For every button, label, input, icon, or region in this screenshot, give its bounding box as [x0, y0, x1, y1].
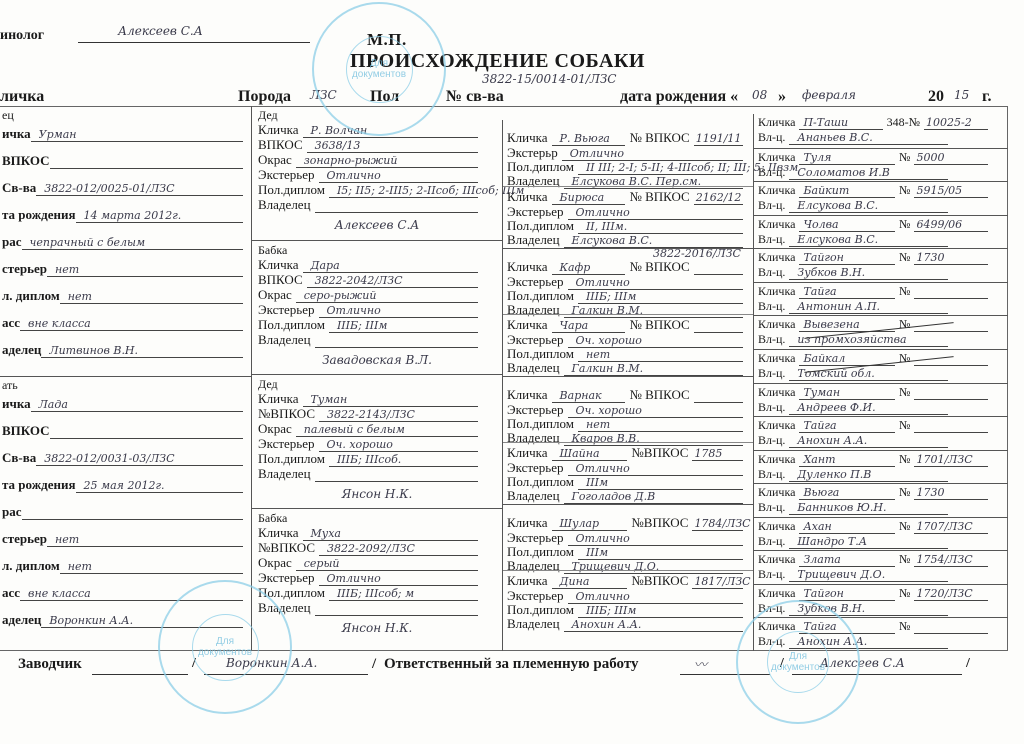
ancestor-owner-label: Вл-ц.: [758, 400, 785, 415]
father-field-value-line: чепрачный с белым: [22, 235, 244, 250]
father-field-value: Литвинов В.Н.: [49, 344, 138, 357]
father-field-value: 3822-012/0025-01/ЛЗС: [44, 182, 174, 195]
ancestor-block: Кличка Тайга № Вл-ц. Антонин А.П.: [754, 282, 1008, 317]
father-field-value-line: Литвинов В.Н.: [41, 343, 243, 358]
grandparent-field-value-line: Отлично: [319, 303, 479, 318]
great-grandparent-block: Кличка Бирюса № ВПКОС 2162/12 Экстерьер …: [503, 186, 753, 249]
mother-field-value: нет: [68, 560, 92, 573]
grandparent-field-value: Муха: [311, 527, 341, 540]
ancestor-name-label: Кличка: [758, 519, 795, 534]
ancestor-number-label: №: [899, 418, 910, 433]
ancestor-name-label: Кличка: [758, 418, 795, 433]
grandparent-field-value-line: [315, 601, 478, 616]
great-grandparent-field-value: Гоголадов Д.В: [572, 490, 656, 503]
ancestor-owner: Шандро Т.А: [797, 535, 867, 548]
father-field-value-line: [50, 154, 243, 169]
grandparent-field-row: №ВПКОС 3822-2092/ЛЗС: [258, 540, 478, 556]
grandparent-field-value: серый: [304, 557, 340, 570]
cert-label: № св-ва: [446, 88, 504, 106]
grandparents-column: Дед Кличка Р. Волчан ВПКОС 3638/13 Окрас…: [252, 106, 502, 651]
mother-field-label: л. диплом: [2, 558, 60, 574]
grandparent-field-row: Владелец: [258, 600, 478, 616]
ancestor-owner-label: Вл-ц.: [758, 198, 785, 213]
great-grandparents-column: Кличка Р. Вьюга № ВПКОС 1191/11 Экстерьр…: [503, 120, 753, 651]
ancestor-number-label: №: [899, 351, 910, 366]
great-grandparent-name-row: Кличка Дина №ВПКОС 1817/ЛЗС: [507, 573, 743, 589]
father-field-row: асс вне класса: [2, 315, 243, 331]
mother-field-row: стерьер нет: [2, 531, 243, 547]
grandparent-field-value: IIIБ; IIIм: [337, 319, 387, 332]
great-grandparent-field-value: Елсукова В.С.: [572, 234, 653, 247]
grandparent-field-value-line: 3638/13: [307, 138, 478, 153]
ancestor-name-row: Кличка Туман №: [758, 385, 988, 400]
ancestor-name-label: Кличка: [758, 552, 795, 567]
ancestor-owner-row: Вл-ц. Томский обл.: [758, 366, 948, 381]
official-stamp-bottom-right: Для документов: [736, 600, 860, 724]
great-grandparent-number-label: № ВПКОС: [629, 317, 689, 333]
great-grandparent-number-label: № ВПКОС: [629, 189, 689, 205]
grandparent-field-value: 3638/13: [315, 139, 361, 152]
great-grandparent-name-row: Кличка Варнак № ВПКОС: [507, 387, 743, 403]
father-field-value-line: нет: [60, 289, 243, 304]
grandparent-field-row: Кличка Муха: [258, 525, 478, 541]
breed-label: Порода: [238, 88, 291, 106]
ancestor-owner-row: Вл-ц. Соломатов И.В: [758, 165, 948, 180]
ancestor-name: П-Таши: [803, 116, 848, 129]
father-field-label: Св-ва: [2, 180, 36, 196]
ancestor-name: Злата: [803, 553, 840, 566]
great-grandparent-number-label: № ВПКОС: [629, 259, 689, 275]
grandparent-field-value-line: IIIБ; IIIсоб; м: [329, 586, 478, 601]
great-grandparent-number-label: № ВПКОС: [629, 130, 689, 146]
great-grandparent-name: Шулар: [560, 517, 600, 530]
grandparent-field-row: Окрас серый: [258, 555, 478, 571]
grandparent-field-value: Отлично: [327, 572, 381, 585]
great-grandparent-field-label: Владелец: [507, 616, 560, 632]
ancestor-owner: Антонин А.П.: [797, 300, 880, 313]
grandparent-field-value: Дара: [311, 259, 340, 272]
grandparent-field-value: палевый с белым: [304, 423, 405, 436]
ancestor-block: Кличка Тайга № Вл-ц. Анохин А.А.: [754, 416, 1008, 451]
father-field-label: асс: [2, 315, 20, 331]
father-field-value-line: Урман: [31, 127, 243, 142]
ancestor-number: 5000: [916, 151, 944, 164]
cynologist-line: Алексеев С.А: [78, 24, 310, 43]
father-field-row: ичка Урман: [2, 126, 243, 142]
ancestor-block: Кличка Туман № Вл-ц. Андреев Ф.И.: [754, 383, 1008, 418]
ancestor-owner-row: Вл-ц. Банников Ю.Н.: [758, 500, 948, 515]
father-field-label: рас: [2, 234, 22, 250]
great-grandparent-name-row: Кличка Шайна №ВПКОС 1785: [507, 445, 743, 461]
grandparent-field-row: Экстерьер Отлично: [258, 302, 478, 318]
great-grandparent-field-value: Галкин В.М.: [572, 362, 644, 375]
dob-label: дата рождения «: [620, 88, 738, 106]
grandparent-field-value: 3822-2143/ЛЗС: [327, 408, 415, 421]
cynologist-value: Алексеев С.А: [118, 24, 203, 38]
ancestor-name-row: Кличка Вьюга № 1730: [758, 485, 988, 500]
great-grandparent-name-row: Кличка Кафр № ВПКОС: [507, 259, 743, 275]
ancestor-owner-label: Вл-ц.: [758, 433, 785, 448]
ancestor-number: 1754/ЛЗС: [916, 553, 972, 566]
great-grandparent-name-label: Кличка: [507, 573, 548, 589]
grandparent-field-value: Туман: [311, 393, 348, 406]
ancestor-name-label: Кличка: [758, 284, 795, 299]
grandparent-field-value-line: IIIБ; IIIсоб.: [329, 452, 478, 467]
ancestor-owner-label: Вл-ц.: [758, 165, 785, 180]
grandparent-field-row: Экстерьер Отлично: [258, 570, 478, 586]
ancestor-name-row: Кличка Чолва № 6499/06: [758, 217, 988, 232]
father-field-row: стерьер нет: [2, 261, 243, 277]
ancestor-number-label: №: [899, 452, 910, 467]
grandparent-field-label: Экстерьер: [258, 167, 315, 183]
mother-field-value-line: 25 мая 2012г.: [76, 478, 244, 493]
ancestor-owner-label: Вл-ц.: [758, 500, 785, 515]
great-grandparent-name-label: Кличка: [507, 317, 548, 333]
father-field-label: стерьер: [2, 261, 47, 277]
ancestor-number: 1730: [916, 251, 944, 264]
grandparent-field-value-line: серо-рыжий: [296, 288, 478, 303]
ancestor-owner: Трищевич Д.О.: [797, 568, 885, 581]
ancestor-name-label: Кличка: [758, 351, 795, 366]
ancestor-number-label: №: [899, 552, 910, 567]
grandparent-field-label: Владелец: [258, 332, 311, 348]
grandparent-field-value-line: Отлично: [319, 168, 479, 183]
great-grandparent-number-label: №ВПКОС: [631, 445, 688, 461]
grandparent-block: Дед Кличка Туман №ВПКОС 3822-2143/ЛЗС Ок…: [252, 374, 502, 509]
ancestor-name-row: Кличка Злата № 1754/ЛЗС: [758, 552, 988, 567]
ancestor-block: Кличка Хант № 1701/ЛЗС Вл-ц. Дуленко П.В: [754, 450, 1008, 485]
dob-year-field: 15: [950, 88, 976, 107]
ancestor-owner-row: Вл-ц. Елсукова В.С.: [758, 198, 948, 213]
mother-field-value-line: [50, 424, 243, 439]
grandparent-owner-signature: Алексеев С.А: [252, 218, 502, 232]
grandparent-field-row: Владелец: [258, 332, 478, 348]
ancestor-block: Кличка Вьюга № 1730 Вл-ц. Банников Ю.Н.: [754, 483, 1008, 518]
mother-field-row: Св-ва 3822-012/0031-03/ЛЗС: [2, 450, 243, 466]
ancestor-name: Тайгон: [803, 251, 843, 264]
grandparent-field-label: Окрас: [258, 152, 292, 168]
ancestor-owner-label: Вл-ц.: [758, 232, 785, 247]
ancestor-number-label: №: [899, 586, 910, 601]
grandparent-heading: Бабка: [258, 511, 287, 526]
dob-year-suffix: г.: [982, 88, 991, 106]
ancestor-number: 1701/ЛЗС: [916, 453, 972, 466]
mother-heading: ать: [2, 378, 18, 393]
great-grandparent-block: Кличка Варнак № ВПКОС Экстерьер Оч. хоро…: [503, 376, 753, 443]
ancestor-number: 10025-2: [926, 116, 972, 129]
ancestor-block: Кличка Ахан № 1707/ЛЗС Вл-ц. Шандро Т.А: [754, 517, 1008, 552]
ancestor-name-row: Кличка Тайга №: [758, 418, 988, 433]
grandparent-field-row: ВПКОС 3822-2042/ЛЗС: [258, 272, 478, 288]
grandparent-field-value: I5; II5; 2-III5; 2-IIсоб; IIIсоб; IIIм: [337, 184, 524, 197]
grandparent-field-label: Владелец: [258, 466, 311, 482]
grandparent-heading: Дед: [258, 108, 278, 123]
grandparent-field-label: ВПКОС: [258, 272, 303, 288]
ancestor-owner-label: Вл-ц.: [758, 265, 785, 280]
ancestor-owner: Анохин А.А.: [797, 434, 867, 447]
grandparent-field-label: Кличка: [258, 122, 299, 138]
ancestor-number: 5915/05: [916, 184, 962, 197]
great-grandparent-field-label: Владелец: [507, 360, 560, 376]
mother-field-value: 3822-012/0031-03/ЛЗС: [44, 452, 174, 465]
great-grandparent-name-row: Кличка Чара № ВПКОС: [507, 317, 743, 333]
mother-field-label: асс: [2, 585, 20, 601]
ancestor-number-label: №: [899, 619, 910, 634]
ancestor-owner-label: Вл-ц.: [758, 299, 785, 314]
mother-field-label: та рождения: [2, 477, 76, 493]
great-grandparent-name-label: Кличка: [507, 130, 548, 146]
ancestor-name-row: Кличка Тайгон № 1730: [758, 250, 988, 265]
mother-field-label: аделец: [2, 612, 41, 628]
father-field-row: ВПКОС: [2, 153, 243, 169]
ancestor-block: Кличка Байкит № 5915/05 Вл-ц. Елсукова В…: [754, 181, 1008, 216]
mother-field-row: ВПКОС: [2, 423, 243, 439]
ancestor-owner-row: Вл-ц. Зубков В.Н.: [758, 265, 948, 280]
mother-field-value-line: нет: [47, 532, 243, 547]
ancestor-name-row: Кличка Ахан № 1707/ЛЗС: [758, 519, 988, 534]
ancestor-block: Кличка Вывезена № Вл-ц. из промхозяйства: [754, 315, 1008, 350]
mother-field-value: Лада: [39, 398, 68, 411]
slash-4: /: [966, 656, 970, 672]
grandparent-field-value-line: 3822-2092/ЛЗС: [319, 541, 478, 556]
ancestor-block: Кличка П-Таши 348-№ 10025-2 Вл-ц. Ананье…: [754, 114, 1008, 148]
ancestor-number: 1730: [916, 486, 944, 499]
mother-field-label: ичка: [2, 396, 31, 412]
dob-month: февраля: [802, 88, 856, 102]
ancestor-number-label: №: [899, 385, 910, 400]
grandparent-field-value-line: серый: [296, 556, 478, 571]
grandparent-field-label: Пол.диплом: [258, 182, 325, 198]
mother-field-label: стерьер: [2, 531, 47, 547]
mother-field-value-line: 3822-012/0031-03/ЛЗС: [36, 451, 243, 466]
ancestor-name-row: Кличка Тайга №: [758, 284, 988, 299]
grandparent-field-label: Экстерьер: [258, 570, 315, 586]
great-grandparent-field-row: Владелец Гоголадов Д.В: [507, 488, 743, 504]
ancestor-owner-label: Вл-ц.: [758, 567, 785, 582]
great-grandparent-name: Чара: [560, 319, 589, 332]
grandparent-field-row: Пол.диплом IIIБ; IIIм: [258, 317, 478, 333]
great-grandparent-name-label: Кличка: [507, 387, 548, 403]
ancestor-name-row: Кличка Тайгон № 1720/ЛЗС: [758, 586, 988, 601]
responsible-label: Ответственный за племенную работу: [384, 656, 639, 673]
ancestor-owner: Ананьев В.С.: [797, 131, 872, 144]
grandparent-field-value: зонарно-рыжий: [304, 154, 398, 167]
grandparent-field-value-line: зонарно-рыжий: [296, 153, 478, 168]
father-field-value: нет: [68, 290, 92, 303]
great-grandparent-block: Кличка Дина №ВПКОС 1817/ЛЗС Экстерьер От…: [503, 570, 753, 633]
ancestor-name: Вьюга: [803, 486, 839, 499]
grandparent-field-value: серо-рыжий: [304, 289, 377, 302]
ancestor-name-label: Кличка: [758, 317, 795, 332]
name-field: [66, 88, 231, 107]
great-grandparent-field-value: Анохин А.А.: [572, 618, 642, 631]
ancestor-name-label: Кличка: [758, 452, 795, 467]
ancestor-name: Чолва: [803, 218, 838, 231]
ancestor-name-label: Кличка: [758, 485, 795, 500]
ancestor-name: Хант: [803, 453, 835, 466]
father-field-row: аделец Литвинов В.Н.: [2, 342, 243, 358]
mother-field-label: рас: [2, 504, 22, 520]
great-grandparent-name-label: Кличка: [507, 515, 548, 531]
great-grandparent-block: Кличка Чара № ВПКОС Экстерьер Оч. хорошо…: [503, 314, 753, 377]
ancestor-owner: Соломатов И.В: [797, 166, 889, 179]
ancestor-name: Вывезена: [803, 318, 859, 331]
grandparent-field-value-line: Оч. хорошо: [319, 437, 479, 452]
great-grandparent-field-row: Владелец Галкин В.М.: [507, 360, 743, 376]
mother-field-value-line: Лада: [31, 397, 243, 412]
ancestor-name: Байкит: [803, 184, 849, 197]
mother-field-value: 25 мая 2012г.: [84, 479, 165, 492]
ancestor-number-label: №: [899, 250, 910, 265]
dob-quote: »: [778, 88, 786, 106]
father-field-value-line: 14 марта 2012г.: [76, 208, 244, 223]
mother-field-value: нет: [55, 533, 79, 546]
grandparent-field-value-line: [315, 333, 478, 348]
father-field-label: ВПКОС: [2, 153, 50, 169]
grandparent-field-label: Экстерьер: [258, 436, 315, 452]
ancestor-owner-row: Вл-ц. Ананьев В.С.: [758, 130, 948, 145]
grandparent-field-row: Пол.диплом IIIБ; IIIсоб; м: [258, 585, 478, 601]
grandparent-field-row: №ВПКОС 3822-2143/ЛЗС: [258, 406, 478, 422]
cert-field: [514, 88, 614, 107]
ancestor-name-label: Кличка: [758, 115, 795, 130]
grandparent-field-value-line: 3822-2143/ЛЗС: [319, 407, 478, 422]
ancestor-name: Тайга: [803, 419, 836, 432]
ancestor-owner: Банников Ю.Н.: [797, 501, 886, 514]
grandparent-field-value: IIIБ; IIIсоб.: [337, 453, 401, 466]
father-field-row: рас чепрачный с белым: [2, 234, 243, 250]
grandparent-field-label: Окрас: [258, 287, 292, 303]
grandparent-field-value-line: [315, 198, 478, 213]
father-field-row: та рождения 14 марта 2012г.: [2, 207, 243, 223]
grandparent-field-row: ВПКОС 3638/13: [258, 137, 478, 153]
great-grandparent-name: Кафр: [560, 261, 591, 274]
great-grandparent-block: Кличка Шулар №ВПКОС 1784/ЛЗС Экстерьер О…: [503, 504, 753, 571]
ancestor-number: 1707/ЛЗС: [916, 520, 972, 533]
mother-field-value: вне класса: [28, 587, 91, 600]
great-grandparent-block: Кличка Шайна №ВПКОС 1785 Экстерьер Отлич…: [503, 442, 753, 505]
ancestor-owner-row: Вл-ц. Дуленко П.В: [758, 467, 948, 482]
ancestor-owner: из промхозяйства: [797, 333, 906, 346]
ancestor-number-label: №: [899, 485, 910, 500]
great-grandparent-name-row: Кличка Бирюса № ВПКОС 2162/12: [507, 189, 743, 205]
father-field-row: Св-ва 3822-012/0025-01/ЛЗС: [2, 180, 243, 196]
dob-year: 15: [954, 88, 969, 102]
grandparent-field-value: Отлично: [327, 169, 381, 182]
ancestor-name: Тайгон: [803, 587, 843, 600]
ancestor-name-label: Кличка: [758, 250, 795, 265]
mother-field-value: Воронкин А.А.: [49, 614, 133, 627]
official-stamp-top: Для документов: [312, 2, 446, 136]
grandparent-field-row: Пол.диплом IIIБ; IIIсоб.: [258, 451, 478, 467]
grandparent-field-label: Экстерьер: [258, 302, 315, 318]
great-grandparent-name: Р. Вьюга: [560, 132, 610, 145]
official-stamp-bottom-left: Для документов: [158, 580, 292, 714]
ancestor-name-row: Кличка Хант № 1701/ЛЗС: [758, 452, 988, 467]
ancestor-name-label: Кличка: [758, 183, 795, 198]
grandparent-field-value-line: Туман: [303, 392, 478, 407]
mother-field-label: Св-ва: [2, 450, 36, 466]
ancestor-owner: Дуленко П.В: [797, 468, 871, 481]
father-field-value: чепрачный с белым: [30, 236, 146, 249]
ancestor-owner-label: Вл-ц.: [758, 366, 785, 381]
great-grandparent-name-row: Кличка Р. Вьюга № ВПКОС 1191/11: [507, 130, 743, 146]
grandparent-field-row: Окрас серо-рыжий: [258, 287, 478, 303]
father-field-label: аделец: [2, 342, 41, 358]
ancestor-owner-label: Вл-ц.: [758, 332, 785, 347]
father-field-value-line: нет: [47, 262, 243, 277]
ancestor-number: 6499/06: [916, 218, 962, 231]
grandparent-field-row: Кличка Дара: [258, 257, 478, 273]
ancestor-owner-row: Вл-ц. Антонин А.П.: [758, 299, 948, 314]
grandparent-field-value-line: IIIБ; IIIм: [329, 318, 478, 333]
ancestor-block: Кличка Чолва № 6499/06 Вл-ц. Елсукова В.…: [754, 215, 1008, 250]
grandparent-field-value-line: Дара: [303, 258, 478, 273]
father-field-label: л. диплом: [2, 288, 60, 304]
ancestor-number-label: 348-№: [887, 115, 920, 130]
ancestor-owner-label: Вл-ц.: [758, 467, 785, 482]
great-great-grandparents-column: Кличка П-Таши 348-№ 10025-2 Вл-ц. Ананье…: [754, 114, 1008, 651]
grandparent-field-label: №ВПКОС: [258, 540, 315, 556]
grandparent-field-row: Владелец: [258, 197, 478, 213]
great-grandparent-number-label: № ВПКОС: [629, 387, 689, 403]
grandparent-field-label: №ВПКОС: [258, 406, 315, 422]
father-field-value: 14 марта 2012г.: [84, 209, 182, 222]
ancestor-number-label: №: [899, 150, 910, 165]
great-grandparent-number: 1817/ЛЗС: [694, 575, 750, 588]
grandparent-owner-signature: Янсон Н.К.: [252, 487, 502, 501]
grandparent-field-value-line: I5; II5; 2-III5; 2-IIсоб; IIIсоб; IIIм: [329, 183, 478, 198]
father-field-value: вне класса: [28, 317, 91, 330]
grandparent-field-label: ВПКОС: [258, 137, 303, 153]
great-grandparent-block: Кличка Р. Вьюга № ВПКОС 1191/11 Экстерьр…: [503, 120, 753, 186]
dob-year-prefix: 20: [928, 88, 944, 106]
responsible-signature: 〰: [694, 654, 707, 673]
ancestor-name-label: Кличка: [758, 150, 795, 165]
ancestor-name-label: Кличка: [758, 385, 795, 400]
great-grandparent-field-label: Владелец: [507, 232, 560, 248]
father-field-row: л. диплом нет: [2, 288, 243, 304]
great-grandparent-name-label: Кличка: [507, 189, 548, 205]
great-grandparent-name: Бирюса: [560, 191, 605, 204]
dob-month-field: февраля: [792, 88, 912, 107]
grandparent-field-label: Кличка: [258, 257, 299, 273]
ancestor-number-label: №: [899, 183, 910, 198]
great-grandparent-number-label: №ВПКОС: [631, 515, 688, 531]
great-grandparent-name-row: Кличка Шулар №ВПКОС 1784/ЛЗС: [507, 515, 743, 531]
grandparent-field-label: Кличка: [258, 525, 299, 541]
ancestor-owner: Елсукова В.С.: [797, 199, 878, 212]
grandparent-field-row: Экстерьер Оч. хорошо: [258, 436, 478, 452]
ancestor-owner: Зубков В.Н.: [797, 266, 865, 279]
ancestor-number: 1720/ЛЗС: [916, 587, 972, 600]
ancestor-number-label: №: [899, 284, 910, 299]
mother-field-row: рас: [2, 504, 243, 520]
grandparent-heading: Бабка: [258, 243, 287, 258]
ancestor-name-row: Кличка П-Таши 348-№ 10025-2: [758, 115, 988, 130]
cynologist-label: инолог: [0, 28, 44, 44]
great-grandparent-field-row: Владелец Анохин А.А.: [507, 616, 743, 632]
father-field-label: ичка: [2, 126, 31, 142]
grandparent-field-value-line: 3822-2042/ЛЗС: [307, 273, 478, 288]
name-label: личка: [0, 88, 44, 106]
ancestor-block: Кличка Туля № 5000 Вл-ц. Соломатов И.В: [754, 148, 1008, 183]
ancestor-owner-label: Вл-ц.: [758, 130, 785, 145]
ancestor-name: Ахан: [803, 520, 831, 533]
ancestor-block: Кличка Байкал № Вл-ц. Томский обл.: [754, 349, 1008, 384]
great-grandparent-number-label: №ВПКОС: [631, 573, 688, 589]
grandparent-block: Бабка Кличка Дара ВПКОС 3822-2042/ЛЗС Ок…: [252, 240, 502, 375]
